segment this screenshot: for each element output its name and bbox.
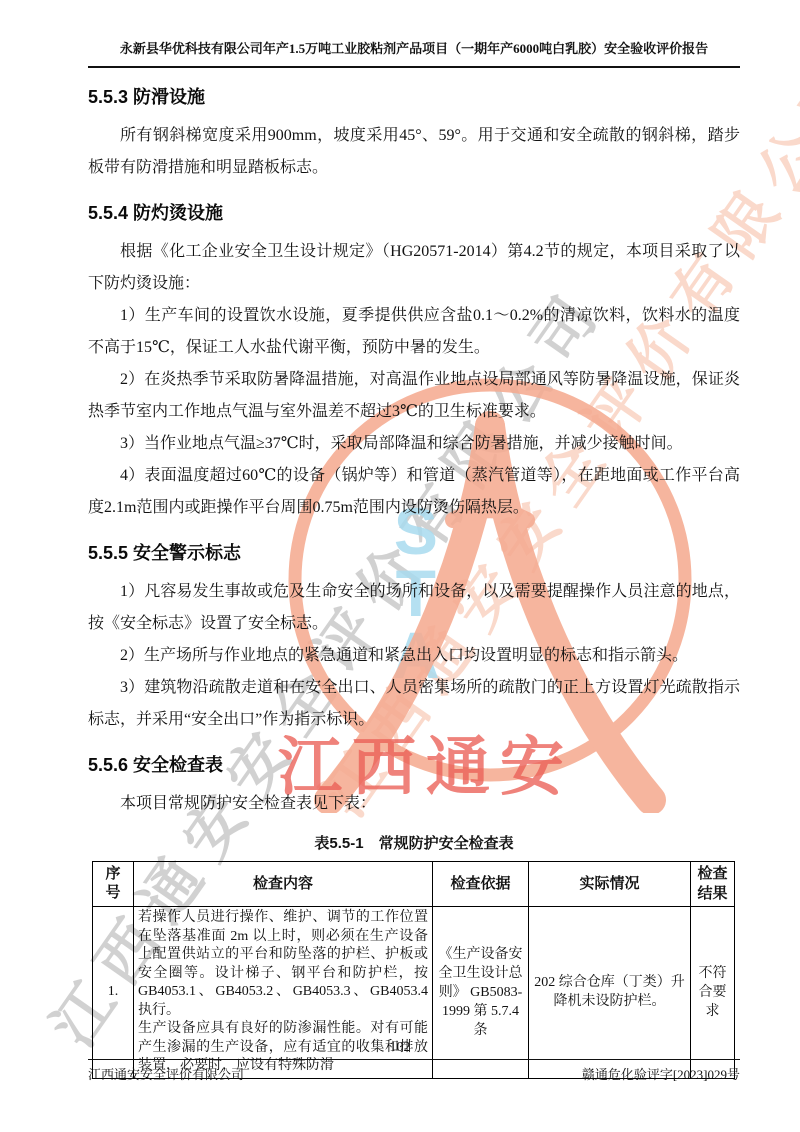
document-content: 永新县华优科技有限公司年产1.5万吨工业胶粘剂产品项目（一期年产6000吨白乳胶… bbox=[88, 40, 740, 1079]
paragraph-checklist-intro: 本项目常规防护安全检查表见下表： bbox=[88, 788, 740, 820]
paragraph-sign-item1: 1）凡容易发生事故或危及生命安全的场所和设备，以及需要提醒操作人员注意的地点，按… bbox=[88, 576, 740, 640]
header-rule bbox=[88, 66, 740, 68]
footer-rule bbox=[88, 1059, 740, 1060]
paragraph-scald-item1: 1）生产车间的设置饮水设施，夏季提供供应含盐0.1～0.2%的清凉饮料，饮料水的… bbox=[88, 300, 740, 364]
footer-doc-number: 赣通危化验评字[2023]029号 bbox=[582, 1066, 740, 1084]
section-heading-5-5-5: 5.5.5 安全警示标志 bbox=[88, 541, 740, 565]
cell-check-content-p1: 若操作人员进行操作、维护、调节的工作位置在坠落基准面 2m 以上时，则必须在生产… bbox=[138, 909, 428, 1020]
paragraph-scald-intro: 根据《化工企业安全卫生设计规定》（HG20571-2014）第4.2节的规定，本… bbox=[88, 236, 740, 300]
section-heading-5-5-3: 5.5.3 防滑设施 bbox=[88, 85, 740, 109]
page-header-title: 永新县华优科技有限公司年产1.5万吨工业胶粘剂产品项目（一期年产6000吨白乳胶… bbox=[88, 40, 740, 58]
paragraph-scald-item4: 4）表面温度超过60℃的设备（锅炉等）和管道（蒸汽管道等），在距地面或工作平台高… bbox=[88, 460, 740, 524]
paragraph-scald-item2: 2）在炎热季节采取防暑降温措施，对高温作业地点设局部通风等防暑降温设施，保证炎热… bbox=[88, 364, 740, 428]
page-number: 102 bbox=[0, 1040, 800, 1056]
table-title: 表5.5-1 常规防护安全检查表 bbox=[88, 832, 740, 853]
page-footer: 江西通安安全评价有限公司 赣通危化验评字[2023]029号 bbox=[88, 1066, 740, 1084]
footer-company: 江西通安安全评价有限公司 bbox=[88, 1066, 244, 1084]
table-header-row: 序号 检查内容 检查依据 实际情况 检查结果 bbox=[93, 862, 735, 907]
report-page: 江西通安安全评价有限公司 江西通安安全评价有限公司 S T A 江西通安 永新县… bbox=[0, 0, 800, 1132]
table-header-actual: 实际情况 bbox=[529, 862, 691, 907]
paragraph-scald-item3: 3）当作业地点气温≥37℃时，采取局部降温和综合防暑措施，并减少接触时间。 bbox=[88, 428, 740, 460]
table-header-result: 检查结果 bbox=[691, 862, 735, 907]
paragraph-antislip: 所有钢斜梯宽度采用900mm，坡度采用45°、59°。用于交通和安全疏散的钢斜梯… bbox=[88, 120, 740, 184]
section-heading-5-5-6: 5.5.6 安全检查表 bbox=[88, 753, 740, 777]
table-header-content: 检查内容 bbox=[134, 862, 433, 907]
table-header-no: 序号 bbox=[93, 862, 134, 907]
paragraph-sign-item2: 2）生产场所与作业地点的紧急通道和紧急出入口均设置明显的标志和指示箭头。 bbox=[88, 640, 740, 672]
section-heading-5-5-4: 5.5.4 防灼烫设施 bbox=[88, 201, 740, 225]
table-header-basis: 检查依据 bbox=[433, 862, 529, 907]
paragraph-sign-item3: 3）建筑物沿疏散走道和在安全出口、人员密集场所的疏散门的正上方设置灯光疏散指示标… bbox=[88, 672, 740, 736]
